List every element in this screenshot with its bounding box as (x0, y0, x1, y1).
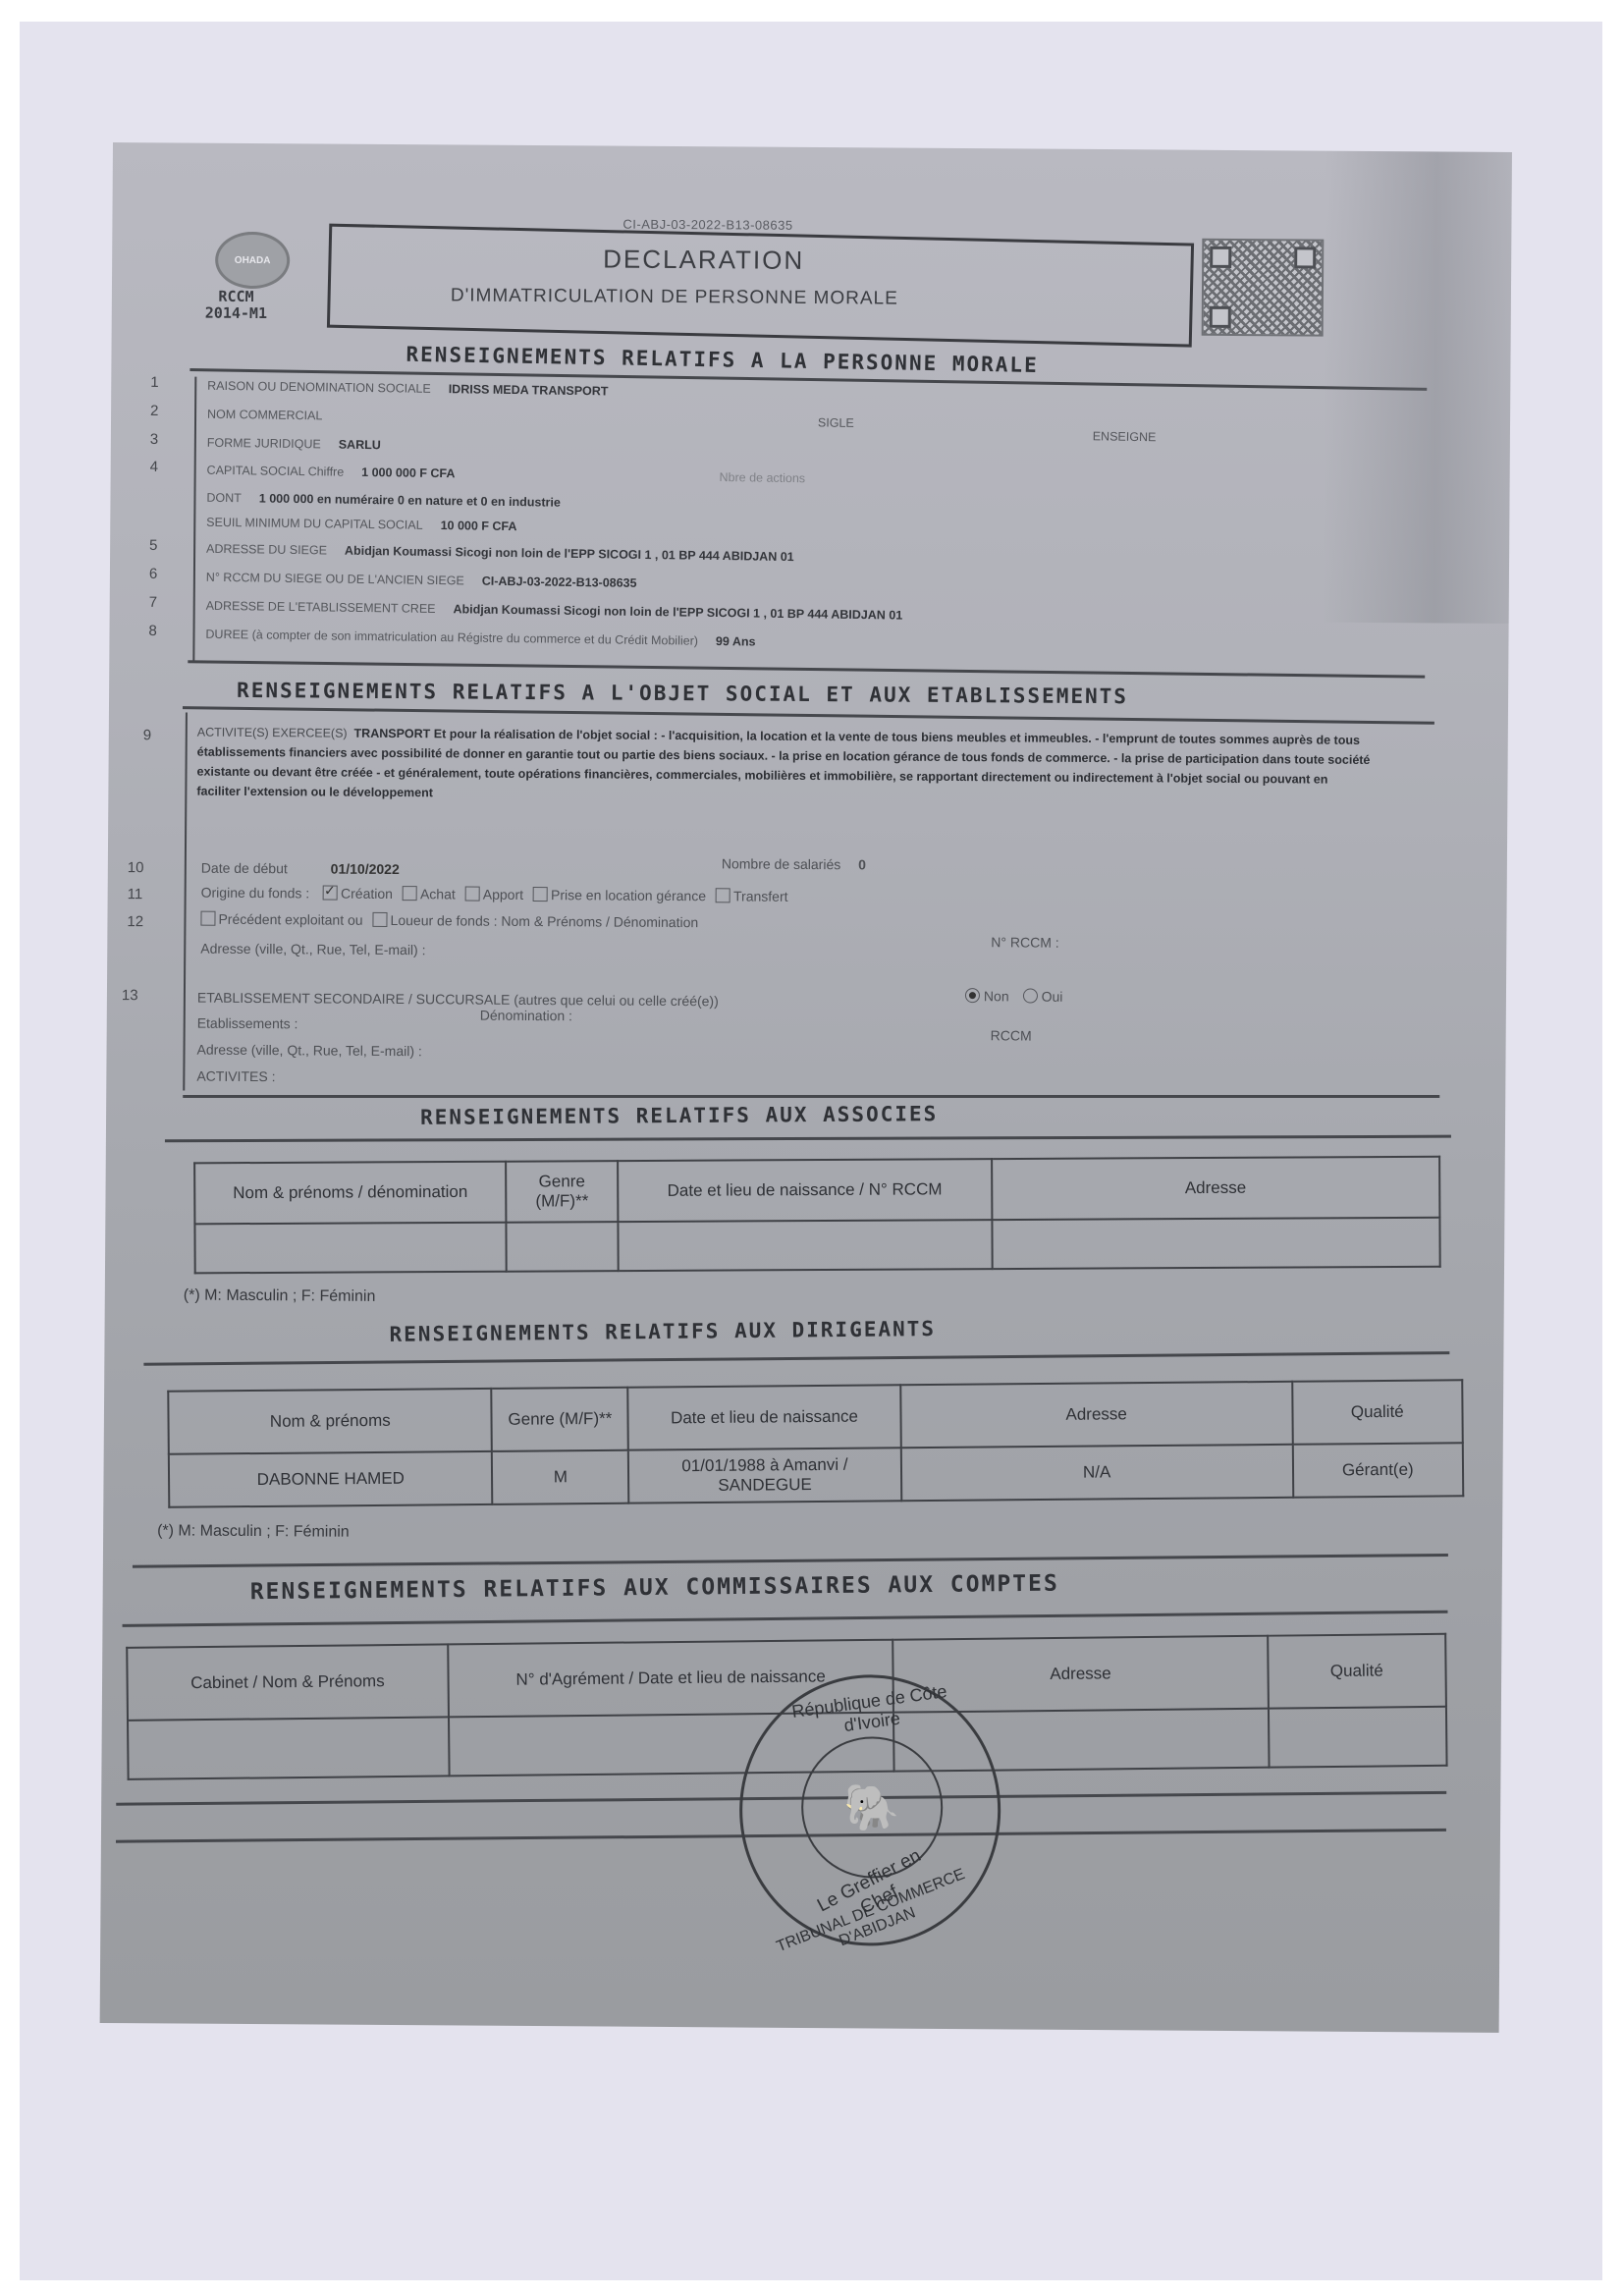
activity-description: ACTIVITE(S) EXERCEE(S) TRANSPORT Et pour… (196, 723, 1371, 809)
secondary-establishment-label: ETABLISSEMENT SECONDAIRE / SUCCURSALE (a… (197, 990, 719, 1010)
field-value: IDRISS MEDA TRANSPORT (449, 382, 609, 398)
row-number: 8 (148, 623, 157, 639)
checkbox-label: Apport (483, 887, 523, 902)
divider (123, 1611, 1448, 1627)
table-header-row: Nom & prénomsGenre (M/F)**Date et lieu d… (168, 1380, 1463, 1453)
checkbox-previous-operator[interactable] (373, 912, 388, 927)
row-number: 1 (150, 374, 159, 391)
row-number: 3 (150, 431, 159, 448)
field-row: 3FORME JURIDIQUESARLU (150, 431, 1378, 448)
checkbox-label: Loueur de fonds : Nom & Prénoms / Dénomi… (391, 912, 699, 930)
employees-label: Nombre de salariés (722, 855, 840, 872)
activity-main: TRANSPORT (354, 727, 431, 741)
column-header: Adresse (900, 1382, 1292, 1448)
field-label: ADRESSE DE L'ETABLISSEMENT CREEAbidjan K… (206, 599, 903, 623)
checkbox-label: Création (341, 886, 393, 902)
field-value: 1 000 000 F CFA (361, 465, 455, 480)
qr-code-icon (1202, 239, 1325, 337)
activities-label: ACTIVITES : (196, 1068, 275, 1085)
start-date-label: Date de début (201, 860, 288, 877)
divider (165, 1135, 1451, 1143)
table-row: DABONNE HAMEDM01/01/1988 à Amanvi / SAND… (169, 1443, 1463, 1506)
rccm-label: RCCM (991, 1027, 1032, 1043)
field-value: CI-ABJ-03-2022-B13-08635 (482, 574, 637, 590)
secondary-establishment-options: NonOui (951, 988, 1063, 1005)
establishments-label: Etablissements : (197, 1015, 298, 1032)
row-number: 7 (149, 594, 158, 611)
table-cell: DABONNE HAMED (169, 1451, 493, 1507)
logo-text: OHADA (235, 254, 271, 265)
field-label: CAPITAL SOCIAL Chiffre1 000 000 F CFA (207, 464, 456, 481)
employees-field: Nombre de salariés 0 (722, 855, 866, 872)
start-date-field: Date de début 01/10/2022 (201, 860, 400, 877)
column-header: Cabinet / Nom & Prénoms (127, 1644, 448, 1720)
field-row: 7ADRESSE DE L'ETABLISSEMENT CREEAbidjan … (149, 594, 1377, 611)
checkbox-label: Prise en location gérance (551, 887, 706, 903)
checkbox-prise-en-location-g-rance[interactable] (533, 887, 548, 902)
previous-operator: Précédent exploitant ouLoueur de fonds :… (190, 911, 698, 931)
field-value: Abidjan Koumassi Sicogi non loin de l'EP… (345, 544, 794, 564)
field-row: 5ADRESSE DU SIEGEAbidjan Koumassi Sicogi… (149, 537, 1377, 554)
field-label: RAISON OU DENOMINATION SOCIALEIDRISS MED… (207, 379, 608, 399)
checkbox-label: Achat (420, 886, 456, 902)
section-title-commissaires: RENSEIGNEMENTS RELATIFS AUX COMMISSAIRES… (250, 1571, 1059, 1606)
previous-rccm-label: N° RCCM : (991, 934, 1058, 950)
table-cell (992, 1218, 1440, 1269)
checkbox-cr-ation[interactable] (323, 886, 338, 901)
divider (183, 706, 1434, 725)
row-number: 4 (150, 459, 159, 475)
field-row: DONT1 000 000 en numéraire 0 en nature e… (150, 486, 1378, 503)
origin-label: Origine du fonds : (201, 885, 310, 902)
divider (143, 1351, 1449, 1366)
field-row: 2NOM COMMERCIALSIGLEENSEIGNE (150, 403, 1378, 419)
row-number: 11 (128, 886, 143, 902)
field-value: 10 000 F CFA (441, 519, 517, 533)
row-number: 2 (150, 403, 159, 419)
checkbox-label: Transfert (733, 888, 788, 903)
divider (183, 713, 188, 1091)
field-label: NOM COMMERCIAL (207, 408, 341, 423)
checkbox-label: Précédent exploitant ou (218, 911, 362, 928)
field-row: 6N° RCCM DU SIEGE OU DE L'ANCIEN SIEGECI… (149, 566, 1377, 582)
previous-address-label: Adresse (ville, Qt., Rue, Tel, E-mail) : (200, 941, 425, 958)
field-value: SARLU (339, 437, 381, 452)
table-cell (506, 1222, 618, 1272)
field-row: 8DUREE (à compter de son immatriculation… (149, 623, 1377, 639)
row-number: 10 (128, 859, 144, 876)
field-label: N° RCCM DU SIEGE OU DE L'ANCIEN SIEGECI-… (206, 571, 637, 590)
column-header: Adresse (992, 1157, 1440, 1220)
secondary-address-label: Adresse (ville, Qt., Rue, Tel, E-mail) : (196, 1042, 421, 1060)
shares-label: Nbre de actions (719, 470, 805, 485)
activity-label: ACTIVITE(S) EXERCEE(S) (197, 726, 348, 740)
field-value: 1 000 000 en numéraire 0 en nature et 0 … (259, 491, 561, 509)
form-code: RCCM 2014-M1 (205, 289, 267, 322)
official-stamp: République de Côte d'Ivoire 🐘 Le Greffie… (738, 1673, 1001, 1946)
radio-oui[interactable] (1023, 988, 1038, 1003)
column-header: Nom & prénoms (168, 1389, 492, 1454)
field-label: DUREE (à compter de son immatriculation … (205, 628, 755, 649)
field-label: ADRESSE DU SIEGEAbidjan Koumassi Sicogi … (206, 542, 794, 564)
field-label: DONT1 000 000 en numéraire 0 en nature e… (206, 490, 561, 509)
checkbox-achat[interactable] (403, 886, 417, 901)
section-title-objet-social: RENSEIGNEMENTS RELATIFS A L'OBJET SOCIAL… (237, 679, 1128, 708)
table-cell (619, 1220, 993, 1271)
divider (133, 1554, 1448, 1568)
field-value: Abidjan Koumassi Sicogi non loin de l'EP… (453, 602, 902, 622)
column-header: Date et lieu de naissance (627, 1385, 900, 1449)
field-value: 99 Ans (716, 634, 756, 649)
dirigeants-table: Nom & prénomsGenre (M/F)**Date et lieu d… (167, 1379, 1464, 1508)
origin-of-funds: Origine du fonds : CréationAchatApportPr… (201, 885, 788, 904)
column-header: Qualité (1268, 1634, 1446, 1709)
associes-table: Nom & prénoms / dénominationGenre (M/F)*… (193, 1156, 1441, 1275)
table-header-row: Nom & prénoms / dénominationGenre (M/F)*… (194, 1157, 1439, 1225)
column-header: Qualité (1292, 1380, 1463, 1445)
table-cell (194, 1223, 506, 1274)
radio-non[interactable] (965, 988, 980, 1003)
field-row: 4CAPITAL SOCIAL Chiffre1 000 000 F CFANb… (150, 459, 1378, 475)
table-cell: Gérant(e) (1292, 1443, 1463, 1498)
section-title-dirigeants: RENSEIGNEMENTS RELATIFS AUX DIRIGEANTS (389, 1317, 936, 1346)
row-number: 13 (122, 987, 138, 1004)
denomination-label: Dénomination : (480, 1008, 572, 1024)
form-code-line2: 2014-M1 (205, 305, 267, 322)
column-header: Date et lieu de naissance / N° RCCM (618, 1159, 992, 1222)
column-header: Nom & prénoms / dénomination (194, 1162, 506, 1225)
divider (183, 1095, 1439, 1098)
table-cell: 01/01/1988 à Amanvi / SANDEGUE (628, 1448, 901, 1503)
sigle-label: SIGLE (818, 415, 854, 430)
row-number: 6 (149, 566, 158, 582)
checkbox-transfert[interactable] (716, 888, 730, 902)
document-photo: OHADA RCCM 2014-M1 CI-ABJ-03-2022-B13-08… (100, 142, 1512, 2033)
row-number: 9 (143, 727, 151, 743)
dirigeants-footnote: (*) M: Masculin ; F: Féminin (157, 1522, 350, 1541)
section-title-personne-morale: RENSEIGNEMENTS RELATIFS A LA PERSONNE MO… (406, 343, 1039, 377)
field-label: SEUIL MINIMUM DU CAPITAL SOCIAL10 000 F … (206, 516, 516, 533)
table-cell: N/A (900, 1445, 1292, 1501)
row-number: 12 (127, 913, 143, 930)
column-header: Genre (M/F)** (492, 1388, 628, 1451)
start-date-value: 01/10/2022 (331, 861, 400, 877)
divider (192, 377, 196, 662)
checkbox-previous-operator[interactable] (200, 911, 215, 926)
checkbox-apport[interactable] (465, 887, 480, 902)
table-cell (128, 1717, 449, 1778)
document-title: DECLARATION (603, 244, 804, 275)
column-header: Genre (M/F)** (506, 1161, 618, 1223)
section-title-associes: RENSEIGNEMENTS RELATIFS AUX ASSOCIES (420, 1102, 938, 1129)
enseigne-label: ENSEIGNE (1093, 429, 1157, 444)
form-code-line1: RCCM (205, 289, 267, 305)
divider (188, 660, 1425, 678)
employees-value: 0 (858, 856, 866, 872)
table-cell: M (492, 1450, 628, 1504)
associes-footnote: (*) M: Masculin ; F: Féminin (184, 1287, 376, 1306)
table-cell (1268, 1707, 1446, 1768)
ohada-logo: OHADA (215, 232, 290, 290)
document-subtitle: D'IMMATRICULATION DE PERSONNE MORALE (451, 285, 898, 309)
table-row (194, 1218, 1439, 1274)
field-label: FORME JURIDIQUESARLU (207, 435, 381, 451)
row-number: 5 (149, 537, 158, 554)
radio-label: Oui (1042, 989, 1063, 1005)
radio-label: Non (984, 988, 1009, 1004)
field-row: SEUIL MINIMUM DU CAPITAL SOCIAL10 000 F … (149, 511, 1377, 527)
